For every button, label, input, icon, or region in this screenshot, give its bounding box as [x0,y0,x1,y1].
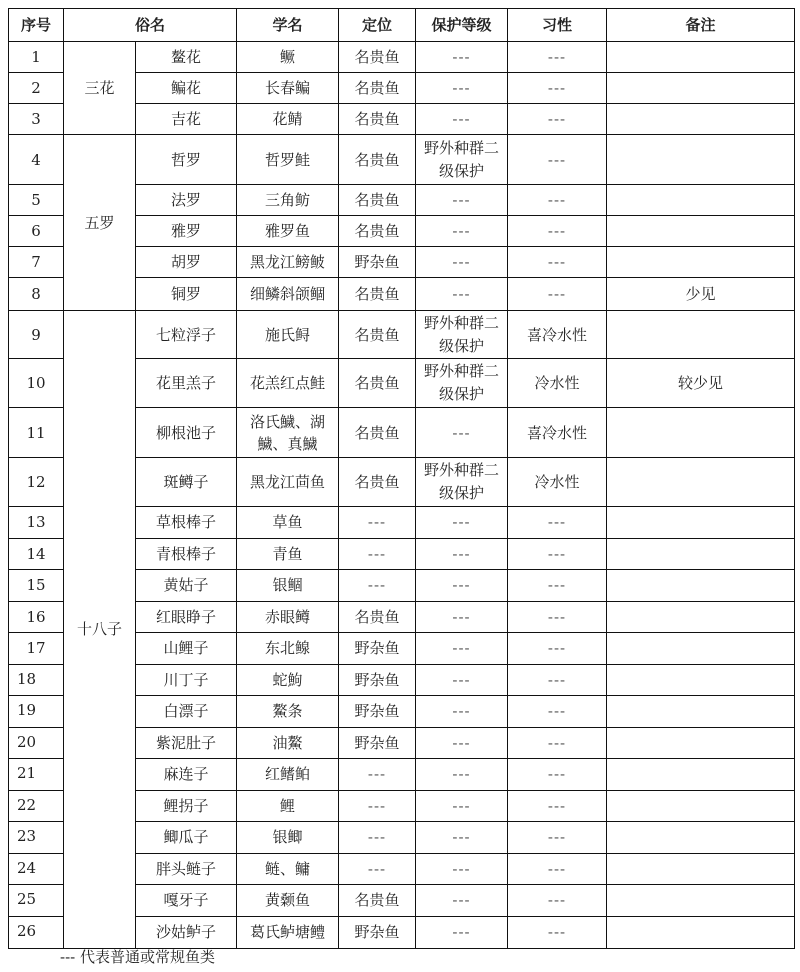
scientific-name: 东北鳈 [237,633,339,665]
header-remark: 备注 [607,9,795,42]
protection-level: --- [416,538,508,570]
remark [607,916,795,948]
protection-level: --- [416,278,508,311]
position: 名贵鱼 [339,359,416,408]
scientific-name: 花鲭 [237,104,339,135]
scientific-name: 油鰲 [237,727,339,759]
common-name: 哲罗 [136,135,237,185]
common-name: 法罗 [136,185,237,216]
remark [607,538,795,570]
common-name: 吉花 [136,104,237,135]
habit: 喜冷水性 [508,311,607,359]
row-number: 25 [9,885,64,917]
remark [607,822,795,854]
row-number: 18 [9,664,64,696]
position: 名贵鱼 [339,135,416,185]
protection-level: --- [416,822,508,854]
row-number: 8 [9,278,64,311]
common-name: 沙姑鲈子 [136,916,237,948]
row-number: 19 [9,696,64,728]
habit: --- [508,216,607,247]
common-name: 柳根池子 [136,408,237,458]
footnote: --- 代表普通或常规鱼类 [60,946,215,967]
position: 名贵鱼 [339,185,416,216]
row-number: 10 [9,359,64,408]
row-number: 3 [9,104,64,135]
protection-level: --- [416,664,508,696]
habit: --- [508,664,607,696]
scientific-name: 葛氏鲈塘鳢 [237,916,339,948]
row-number: 26 [9,916,64,948]
header-common-name: 俗名 [64,9,237,42]
common-name: 草根棒子 [136,507,237,539]
remark [607,135,795,185]
habit: 冷水性 [508,359,607,408]
common-name: 青根棒子 [136,538,237,570]
protection-level: --- [416,885,508,917]
protection-level: --- [416,570,508,602]
row-number: 14 [9,538,64,570]
row-number: 13 [9,507,64,539]
remark [607,601,795,633]
common-name: 鳌花 [136,42,237,73]
position: --- [339,570,416,602]
scientific-name: 细鳞斜颌鲴 [237,278,339,311]
remark [607,790,795,822]
table-row: 9十八子七粒浮子施氏鲟名贵鱼野外种群二级保护喜冷水性 [9,311,795,359]
protection-level: --- [416,104,508,135]
position: 名贵鱼 [339,885,416,917]
remark [607,311,795,359]
position: 名贵鱼 [339,73,416,104]
position: 野杂鱼 [339,247,416,278]
habit: --- [508,278,607,311]
habit: --- [508,247,607,278]
protection-level: --- [416,73,508,104]
row-number: 17 [9,633,64,665]
common-name: 白漂子 [136,696,237,728]
row-number: 1 [9,42,64,73]
position: 野杂鱼 [339,696,416,728]
position: 名贵鱼 [339,311,416,359]
row-number: 15 [9,570,64,602]
row-number: 22 [9,790,64,822]
protection-level: --- [416,916,508,948]
remark [607,408,795,458]
protection-level: 野外种群二级保护 [416,135,508,185]
habit: --- [508,759,607,791]
remark [607,104,795,135]
habit: --- [508,507,607,539]
scientific-name: 蛇鮈 [237,664,339,696]
scientific-name: 银鲴 [237,570,339,602]
common-name: 麻连子 [136,759,237,791]
row-number: 5 [9,185,64,216]
row-number: 4 [9,135,64,185]
scientific-name: 鲤 [237,790,339,822]
position: --- [339,790,416,822]
protection-level: --- [416,42,508,73]
table-row: 4五罗哲罗哲罗鲑名贵鱼野外种群二级保护--- [9,135,795,185]
remark: 少见 [607,278,795,311]
common-name: 嘎牙子 [136,885,237,917]
common-name: 黄姑子 [136,570,237,602]
row-number: 24 [9,853,64,885]
header-row: 序号 俗名 学名 定位 保护等级 习性 备注 [9,9,795,42]
habit: --- [508,790,607,822]
habit: --- [508,696,607,728]
common-name: 红眼睁子 [136,601,237,633]
scientific-name: 哲罗鲑 [237,135,339,185]
habit: --- [508,73,607,104]
remark [607,853,795,885]
habit: --- [508,538,607,570]
scientific-name: 黑龙江鳑鲏 [237,247,339,278]
position: 名贵鱼 [339,278,416,311]
scientific-name: 雅罗鱼 [237,216,339,247]
protection-level: --- [416,727,508,759]
remark [607,185,795,216]
common-name: 斑鳟子 [136,458,237,507]
remark [607,42,795,73]
header-protection: 保护等级 [416,9,508,42]
habit: --- [508,822,607,854]
protection-level: --- [416,853,508,885]
common-name: 山鲤子 [136,633,237,665]
header-scientific-name: 学名 [237,9,339,42]
scientific-name: 洛氏鱥、湖鱥、真鱥 [237,408,339,458]
remark: 较少见 [607,359,795,408]
habit: --- [508,601,607,633]
table-body: 1三花鳌花鳜名贵鱼------2鳊花长春鳊名贵鱼------3吉花花鲭名贵鱼--… [9,42,795,949]
habit: --- [508,135,607,185]
position: 名贵鱼 [339,42,416,73]
scientific-name: 长春鳊 [237,73,339,104]
position: --- [339,822,416,854]
remark [607,73,795,104]
header-habit: 习性 [508,9,607,42]
remark [607,570,795,602]
position: --- [339,759,416,791]
position: 名贵鱼 [339,458,416,507]
position: 名贵鱼 [339,104,416,135]
habit: --- [508,633,607,665]
row-number: 9 [9,311,64,359]
group-label: 三花 [64,42,136,135]
scientific-name: 红鳍鲌 [237,759,339,791]
position: 名贵鱼 [339,601,416,633]
position: 野杂鱼 [339,633,416,665]
row-number: 21 [9,759,64,791]
protection-level: --- [416,601,508,633]
protection-level: --- [416,633,508,665]
scientific-name: 施氏鲟 [237,311,339,359]
scientific-name: 鳜 [237,42,339,73]
habit: --- [508,916,607,948]
scientific-name: 赤眼鳟 [237,601,339,633]
header-no: 序号 [9,9,64,42]
row-number: 11 [9,408,64,458]
remark [607,247,795,278]
remark [607,727,795,759]
table-row: 1三花鳌花鳜名贵鱼------ [9,42,795,73]
protection-level: 野外种群二级保护 [416,311,508,359]
scientific-name: 鲢、鳙 [237,853,339,885]
position: 野杂鱼 [339,727,416,759]
scientific-name: 银鲫 [237,822,339,854]
scientific-name: 草鱼 [237,507,339,539]
row-number: 6 [9,216,64,247]
remark [607,759,795,791]
common-name: 花里羔子 [136,359,237,408]
protection-level: 野外种群二级保护 [416,458,508,507]
remark [607,507,795,539]
remark [607,216,795,247]
protection-level: --- [416,216,508,247]
remark [607,885,795,917]
fish-table: 序号 俗名 学名 定位 保护等级 习性 备注 1三花鳌花鳜名贵鱼------2鳊… [8,8,795,949]
row-number: 23 [9,822,64,854]
common-name: 川丁子 [136,664,237,696]
remark [607,633,795,665]
protection-level: --- [416,247,508,278]
habit: 冷水性 [508,458,607,507]
common-name: 鳊花 [136,73,237,104]
position: 名贵鱼 [339,408,416,458]
remark [607,458,795,507]
habit: --- [508,570,607,602]
scientific-name: 青鱼 [237,538,339,570]
common-name: 胡罗 [136,247,237,278]
row-number: 2 [9,73,64,104]
scientific-name: 黄颡鱼 [237,885,339,917]
protection-level: --- [416,696,508,728]
habit: --- [508,185,607,216]
common-name: 鲫瓜子 [136,822,237,854]
scientific-name: 黑龙江茴鱼 [237,458,339,507]
protection-level: --- [416,507,508,539]
position: 名贵鱼 [339,216,416,247]
common-name: 铜罗 [136,278,237,311]
habit: --- [508,853,607,885]
row-number: 20 [9,727,64,759]
position: 野杂鱼 [339,916,416,948]
protection-level: --- [416,185,508,216]
position: --- [339,507,416,539]
remark [607,664,795,696]
common-name: 雅罗 [136,216,237,247]
row-number: 16 [9,601,64,633]
scientific-name: 三角鲂 [237,185,339,216]
habit: --- [508,885,607,917]
position: --- [339,853,416,885]
common-name: 鲤拐子 [136,790,237,822]
remark [607,696,795,728]
protection-level: --- [416,408,508,458]
position: 野杂鱼 [339,664,416,696]
common-name: 紫泥肚子 [136,727,237,759]
scientific-name: 鰲条 [237,696,339,728]
row-number: 12 [9,458,64,507]
row-number: 7 [9,247,64,278]
protection-level: --- [416,790,508,822]
group-label: 五罗 [64,135,136,311]
common-name: 胖头鲢子 [136,853,237,885]
group-label: 十八子 [64,311,136,949]
habit: 喜冷水性 [508,408,607,458]
header-position: 定位 [339,9,416,42]
habit: --- [508,727,607,759]
scientific-name: 花羔红点鲑 [237,359,339,408]
position: --- [339,538,416,570]
common-name: 七粒浮子 [136,311,237,359]
habit: --- [508,104,607,135]
protection-level: --- [416,759,508,791]
habit: --- [508,42,607,73]
protection-level: 野外种群二级保护 [416,359,508,408]
